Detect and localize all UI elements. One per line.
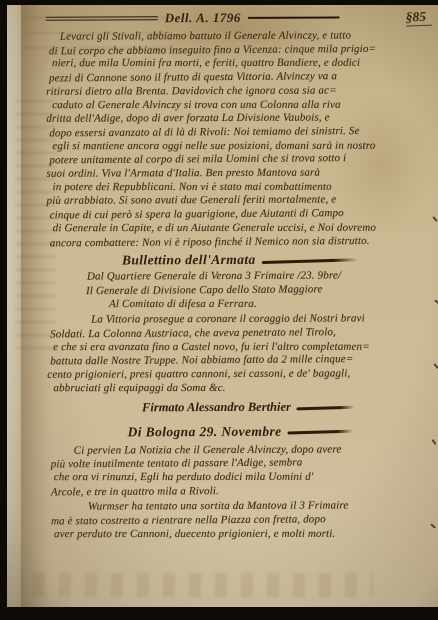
page-vignette — [7, 5, 438, 607]
manuscript-page: Dell. A. 1796 §85 Levarci gli Stivali, a… — [7, 5, 438, 607]
manuscript-photo: Dell. A. 1796 §85 Levarci gli Stivali, a… — [0, 0, 438, 620]
